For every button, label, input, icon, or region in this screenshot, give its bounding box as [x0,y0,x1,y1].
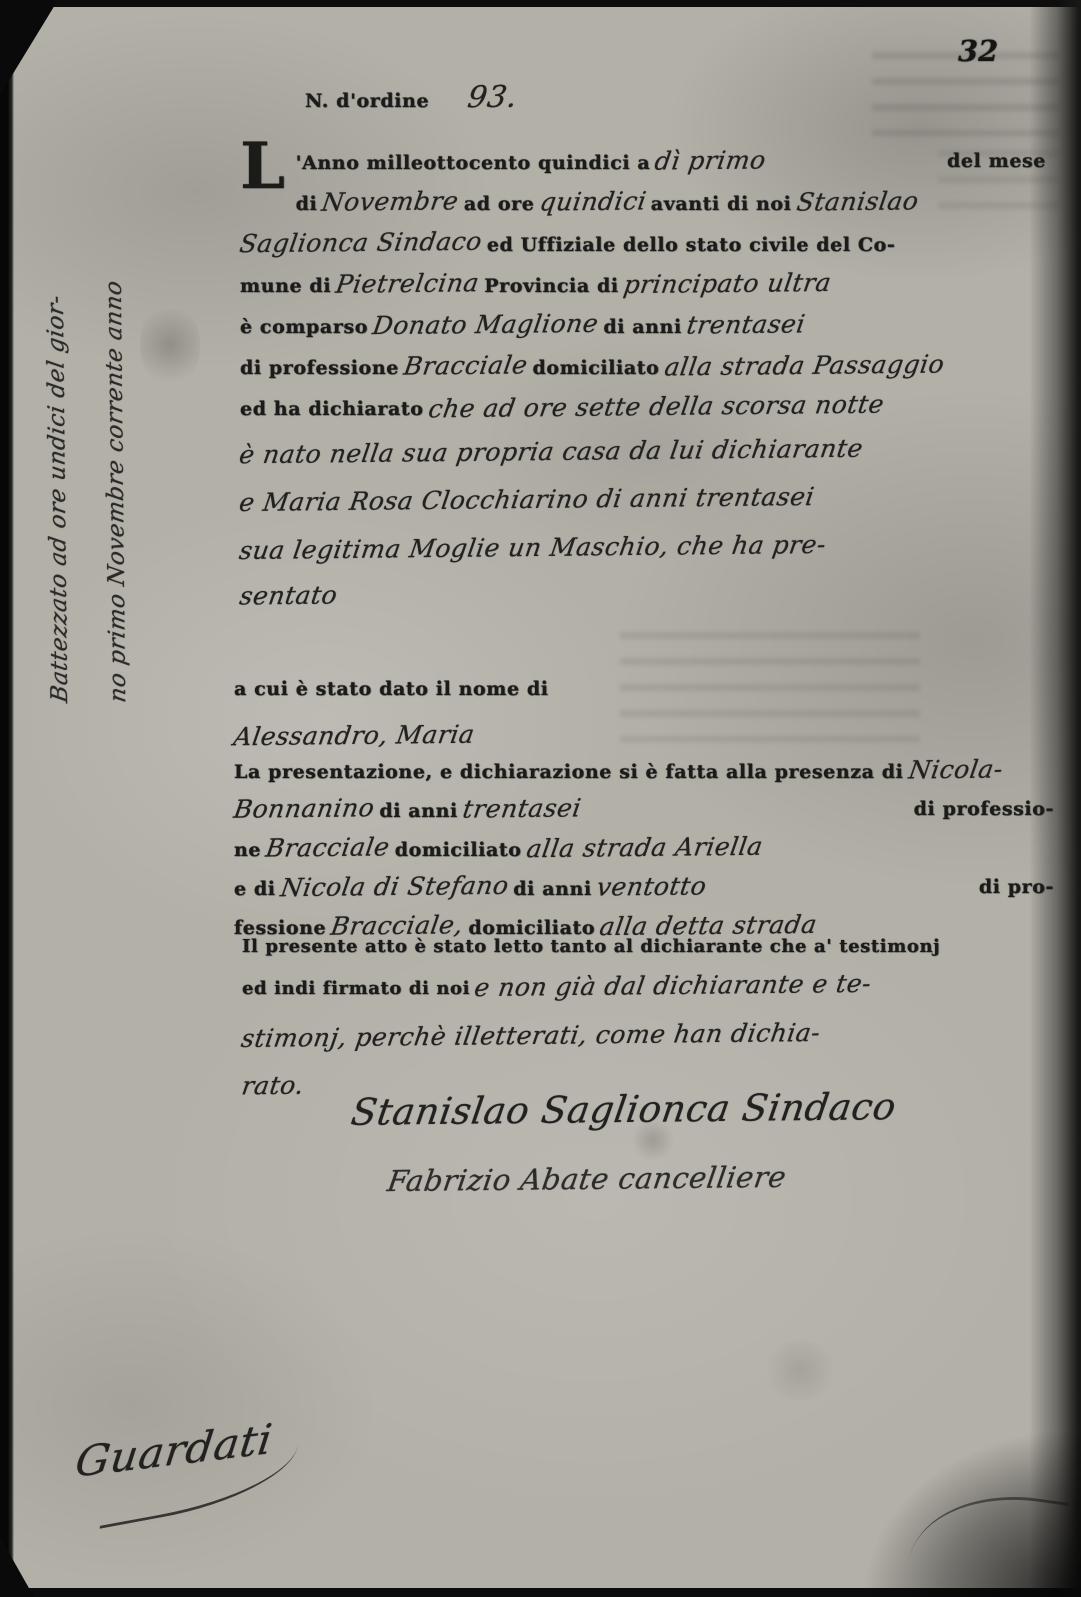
act-line: è comparso Donato Maglione di anni trent… [240,306,1052,347]
act-line: di Novembre ad ore quindici avanti di no… [240,183,1052,224]
handwritten-text: dì primo [653,141,769,180]
handwritten-text: rato. [238,1062,307,1110]
handwritten-text: trentasei [460,790,583,827]
act-witnesses-paragraph: La presentazione, e dichiarazione si è f… [234,752,1060,947]
printed-text: Provincia di [484,275,618,297]
handwritten-text: Bonnanino [231,790,377,827]
act-line: Bonnanino di anni trentasei di professio… [234,791,1060,830]
handwritten-text: sua legitima Moglie un Maschio, che ha p… [236,522,829,573]
handwritten-text: Nicola di Stefano [278,868,511,906]
act-line: è nato nella sua propria casa da lui dic… [240,429,1052,477]
printed-text: ed Uffiziale dello stato civile del Co- [487,234,896,256]
ink-stain [140,300,200,390]
printed-text: e di [234,878,276,900]
scan-edge-left [0,0,14,1597]
act-name-section: a cui è stato dato il nome di Alessandro… [234,666,1046,762]
act-line: e di Nicola di Stefano di anni ventotto … [234,869,1060,908]
margin-note-line: no primo Novembre corrente anno [86,276,146,706]
printed-text: di professio- [914,791,1054,827]
printed-text: di pro- [979,869,1054,905]
printed-text: di anni [513,878,591,900]
act-line: a cui è stato dato il nome di [234,666,1046,713]
printed-text: 'Anno milleottocento quindici a [296,152,651,174]
mayor-signature: Stanislao Saglionca Sindaco [348,1085,899,1134]
printed-text: a cui è stato dato il nome di [234,678,549,700]
act-opening-paragraph: L 'Anno milleottocento quindici a dì pri… [240,142,1052,621]
act-line: L 'Anno milleottocento quindici a dì pri… [240,142,1052,183]
act-line: La presentazione, e dichiarazione si è f… [234,752,1060,791]
handwritten-text: stimonj, perchè illetterati, come han di… [238,1009,824,1062]
scan-corner-bottom-left [0,1537,34,1597]
act-closing-paragraph: Il presente atto è stato letto tanto al … [242,932,1062,1112]
printed-text: del mese [947,142,1046,180]
printed-text: domiciliato [533,357,660,379]
scan-edge-top [0,0,1081,7]
act-line: stimonj, perchè illetterati, come han di… [242,1012,1062,1062]
clerk-signature: Fabrizio Abate cancelliere [385,1160,789,1198]
act-line: ed ha dichiarato che ad ore sette della … [240,388,1052,429]
printed-text: ad ore [464,193,535,215]
handwritten-text: Pietrelcina [333,264,482,303]
printed-text: ed ha dichiarato [240,398,424,420]
handwritten-text: ventotto [594,868,709,905]
handwritten-text: Donato Maglione [370,305,601,345]
handwritten-text: sentato [237,572,341,618]
act-line: sua legitima Moglie un Maschio, che ha p… [240,525,1052,573]
handwritten-text: che ad ore sette della scorsa notte [425,386,886,429]
act-line: e Maria Rosa Clocchiarino di anni trenta… [240,477,1052,525]
handwritten-text: alla strada Ariella [524,829,765,867]
scanned-birth-record-page: 32 Battezzato ad ore undici del gior- no… [0,0,1081,1597]
act-line: sentato [240,573,1052,621]
printed-text: Il presente atto è stato letto tanto al … [242,936,940,957]
printed-text: L [240,144,286,190]
printed-text: di anni [603,316,681,338]
printed-text: domiciliato [395,839,522,861]
handwritten-text: principato ultra [621,264,834,304]
act-line: mune di Pietrelcina Provincia di princip… [240,265,1052,306]
page-number: 32 [958,34,998,68]
printed-text: La presentazione, e dichiarazione si è f… [234,761,903,783]
act-line: Il presente atto è stato letto tanto al … [242,932,1062,962]
handwritten-text: Bracciale [263,829,392,866]
act-line: ne Bracciale domiciliato alla strada Ari… [234,830,1060,869]
margin-note: Battezzato ad ore undici del gior- no pr… [30,0,146,702]
handwritten-text: Saglionca Sindaco [237,223,485,264]
handwritten-text: Novembre [319,182,461,221]
printed-text: di anni [379,800,457,822]
handwritten-text: alla strada Passaggio [661,346,946,387]
handwritten-text: e Maria Rosa Clocchiarino di anni trenta… [236,474,817,525]
handwritten-text: trentasei [684,305,808,344]
order-label: N. d'ordine [305,90,429,112]
handwritten-text: e non già dal dichiarante e te- [471,960,875,1011]
order-number-row: N. d'ordine 93. [305,80,517,115]
handwritten-text: Stanislao [794,182,921,221]
printed-text: avanti di noi [651,193,792,215]
printed-text: è comparso [240,316,368,338]
printed-text: ed indi firmato di noi [242,978,470,999]
verification-signature: Guardati [73,1414,276,1486]
handwritten-text: Bracciale [401,346,530,385]
margin-note-line: Battezzato ad ore undici del gior- [28,291,88,706]
ink-stain [760,1340,840,1400]
printed-text: mune di [240,275,331,297]
act-line: Saglionca Sindaco ed Uffiziale dello sta… [240,224,1052,265]
printed-text: ne [234,839,261,861]
handwritten-text: quindici [537,182,649,221]
printed-text: di [296,193,318,215]
printed-text: di professione [240,357,399,379]
handwritten-text: è nato nella sua propria casa da lui dic… [236,426,866,478]
order-number: 93. [466,80,520,116]
act-line: di professione Bracciale domiciliato all… [240,347,1052,388]
handwritten-text: Nicola- [906,752,1005,789]
act-line: ed indi firmato di noi e non già dal dic… [242,962,1062,1012]
